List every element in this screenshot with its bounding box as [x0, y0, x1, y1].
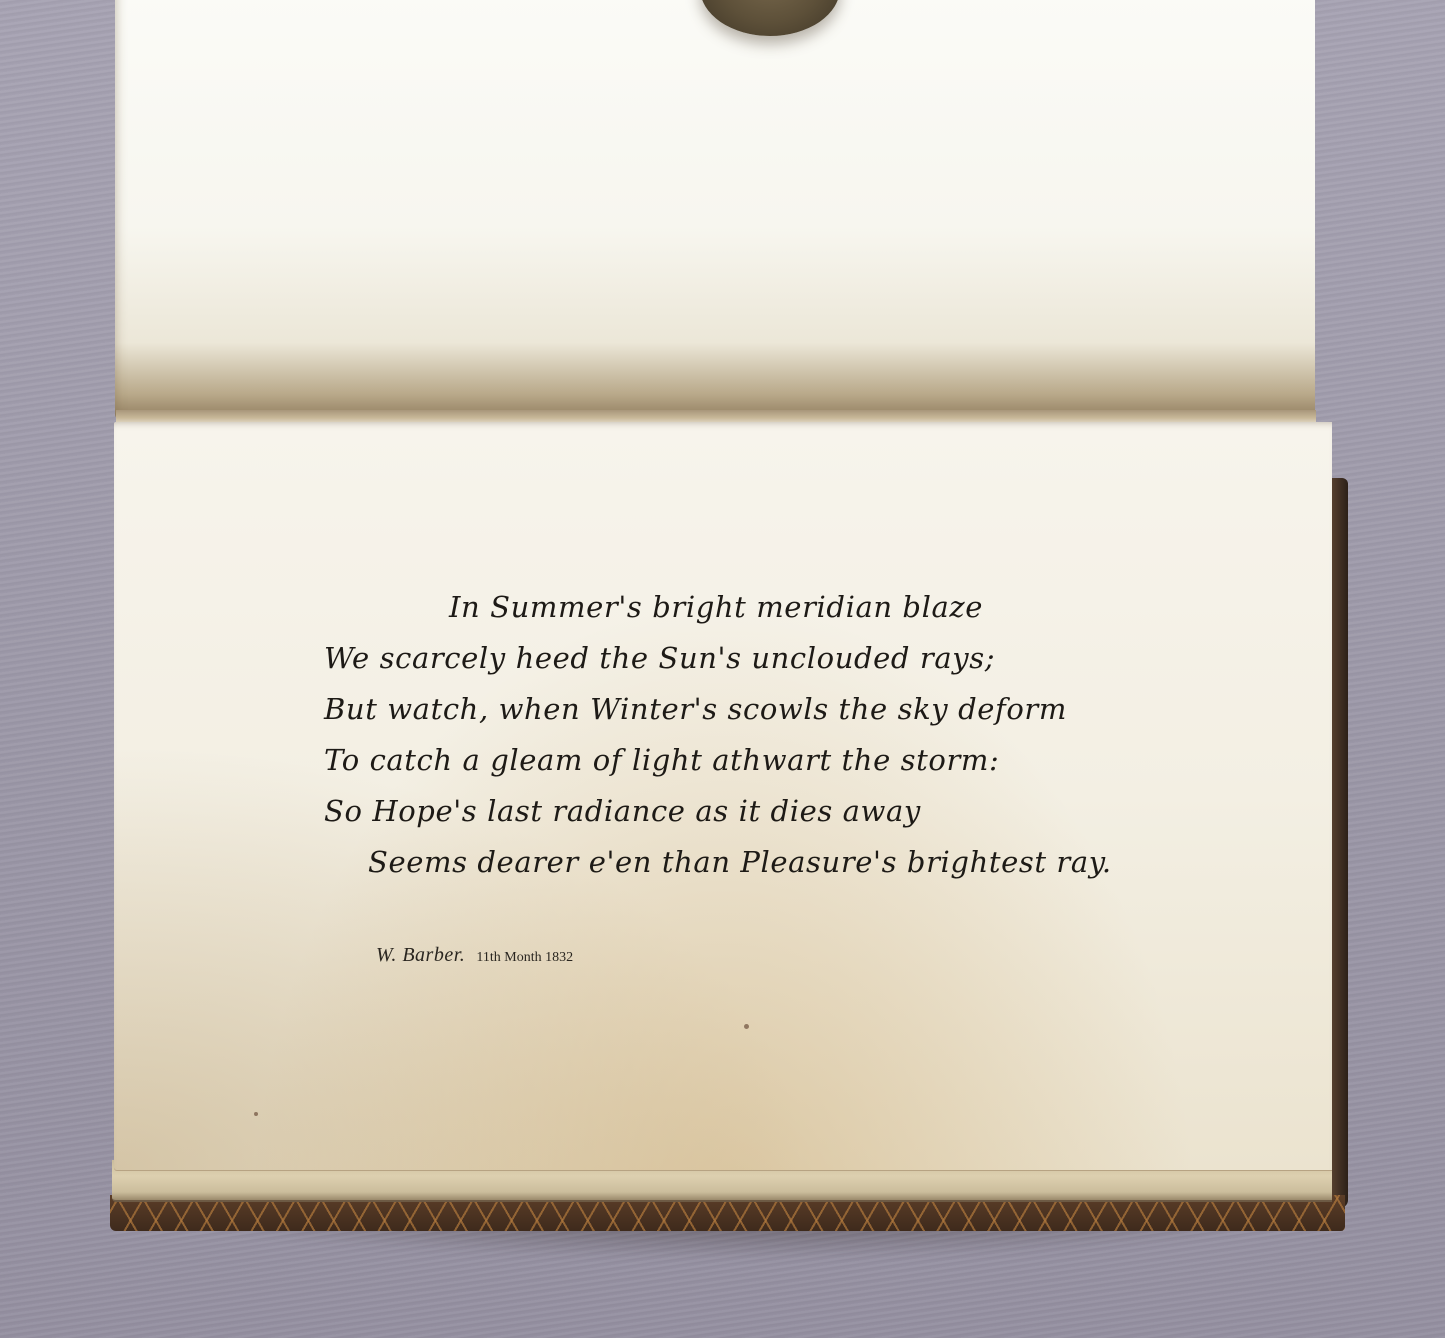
verse-block: In Summer's bright meridian blaze We sca… [324, 582, 1144, 888]
upper-blank-page [115, 0, 1315, 420]
signature-name: W. Barber. [376, 944, 465, 966]
foxing-spot [744, 1024, 749, 1029]
verse-line-4: To catch a gleam of light athwart the st… [324, 735, 1144, 786]
verse-line-1: In Summer's bright meridian blaze [324, 582, 1144, 633]
signature-date: 11th Month 1832 [476, 950, 573, 965]
verse-line-6: Seems dearer e'en than Pleasure's bright… [324, 837, 1144, 888]
verse-line-2: We scarcely heed the Sun's unclouded ray… [324, 633, 1144, 684]
manuscript-page: In Summer's bright meridian blaze We sca… [114, 422, 1332, 1170]
verse-line-5: So Hope's last radiance as it dies away [324, 786, 1144, 837]
signature: W. Barber. 11th Month 1832 [376, 944, 573, 967]
verse-line-3: But watch, when Winter's scowls the sky … [324, 684, 1144, 735]
foxing-spot [254, 1112, 258, 1116]
